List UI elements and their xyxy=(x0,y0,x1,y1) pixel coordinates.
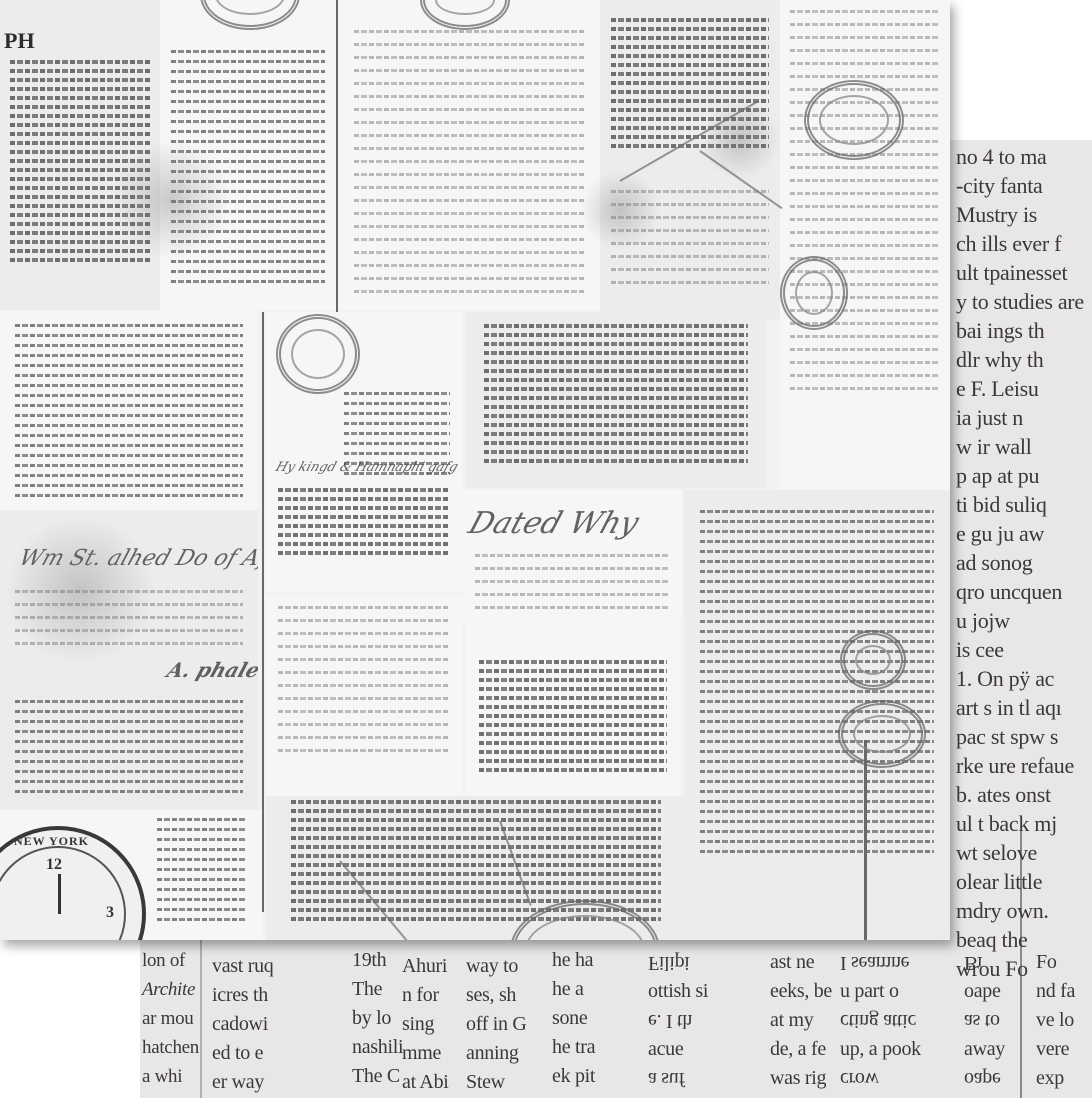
text-line: ek pit xyxy=(552,1062,595,1091)
text-line: at Abi xyxy=(402,1068,449,1097)
postmark-stamp-icon xyxy=(276,314,360,394)
text-line: no 4 to ma xyxy=(956,142,1084,171)
text-line: a whi xyxy=(142,1062,199,1091)
text-line: at my xyxy=(770,1006,832,1035)
bottom-text-column: way to ses, sh off in G anning Stew xyxy=(466,952,527,1097)
text-line: up, a pook xyxy=(840,1035,921,1064)
text-line: Ahuri xyxy=(402,952,449,981)
text-line: The C xyxy=(352,1062,403,1091)
text-line: oape xyxy=(964,1064,1005,1093)
postmark-stamp-icon xyxy=(804,80,904,160)
text-line: p ap at pu xyxy=(956,461,1084,490)
text-line: vast ruq xyxy=(212,952,273,981)
text-line: bai ings th xyxy=(956,316,1084,345)
text-line: sing xyxy=(402,1010,449,1039)
text-line: nashili xyxy=(352,1033,403,1062)
text-line: y to studies are xyxy=(956,287,1084,316)
text-line: ast ne xyxy=(770,948,832,977)
text-block xyxy=(278,606,451,762)
text-line: acue xyxy=(648,1035,708,1064)
manuscript-panel xyxy=(266,596,462,796)
text-line: cting attic xyxy=(840,1006,921,1035)
column-divider xyxy=(200,940,202,1098)
text-line: cadowi xyxy=(212,1010,273,1039)
text-line: -city fanta xyxy=(956,171,1084,200)
text-line: The xyxy=(352,975,403,1004)
text-line: lon of xyxy=(142,946,199,975)
watch-number: 3 xyxy=(106,904,114,922)
text-block xyxy=(479,660,667,777)
text-line: anning xyxy=(466,1039,527,1068)
bottom-text-column: Fo nd fa ve lo vere exp xyxy=(1036,948,1075,1093)
bottom-text-column: I seamne u part o cting attic up, a pook… xyxy=(840,948,921,1093)
text-line: sone xyxy=(552,1004,595,1033)
text-line: I seamne xyxy=(840,948,921,977)
text-line: mdry own. xyxy=(956,896,1084,925)
text-line: 1. On pÿ ac xyxy=(956,664,1084,693)
text-line: ses, sh xyxy=(466,981,527,1010)
text-line: w ir wall xyxy=(956,432,1084,461)
watch-dial xyxy=(0,846,126,940)
text-line: u jojw xyxy=(956,606,1084,635)
text-line: Filipi xyxy=(648,948,708,977)
text-line: he a xyxy=(552,975,595,1004)
text-line: vere xyxy=(1036,1035,1075,1064)
text-line: mme xyxy=(402,1039,449,1068)
front-paper-sheet: PH Wm St. alhed Do of Afforte A. phale H… xyxy=(0,0,950,940)
postmark-stamp-icon xyxy=(838,700,926,768)
text-line: as to xyxy=(964,1006,1005,1035)
text-line: off in G xyxy=(466,1010,527,1039)
bottom-text-column: lon of Archite ar mou hatchen a whi xyxy=(142,946,199,1091)
text-line: ve lo xyxy=(1036,1006,1075,1035)
text-block xyxy=(354,30,585,303)
text-line: u part o xyxy=(840,977,921,1006)
newspaper-panel xyxy=(466,312,766,488)
ink-smudge xyxy=(0,520,160,660)
text-line: b. ates onst xyxy=(956,780,1084,809)
dated-letter-panel: Dated Why xyxy=(462,490,682,620)
text-line: olear little xyxy=(956,867,1084,896)
text-line: crow xyxy=(840,1064,921,1093)
text-line: is cee xyxy=(956,635,1084,664)
text-block xyxy=(700,510,934,860)
text-block xyxy=(484,324,748,468)
text-line: exp xyxy=(1036,1064,1075,1093)
watch-number: 12 xyxy=(46,856,62,874)
text-line: eeks, be xyxy=(770,977,832,1006)
text-line: Bı xyxy=(964,948,1005,977)
text-line: pac st spw s xyxy=(956,722,1084,751)
text-line: art s in tl aqı xyxy=(956,693,1084,722)
text-line: ar mou xyxy=(142,1004,199,1033)
bottom-text-column: Filipi ottish si e. I th acue a suf xyxy=(648,948,708,1093)
text-line: Stew xyxy=(466,1068,527,1097)
ink-smudge xyxy=(110,140,230,260)
text-block xyxy=(278,488,451,560)
text-line: a suf xyxy=(648,1064,708,1093)
postmark-stamp-icon xyxy=(780,256,848,330)
letter-panel xyxy=(780,0,950,490)
bottom-text-column: ast ne eeks, be at my de, a fe was rig xyxy=(770,948,832,1093)
bottom-text-column: he ha he a sone he tra ek pit xyxy=(552,946,595,1091)
text-line: ed to e xyxy=(212,1039,273,1068)
watch-hour-hand xyxy=(58,874,61,914)
text-line: he tra xyxy=(552,1033,595,1062)
text-line: e gu ju aw xyxy=(956,519,1084,548)
text-line: away xyxy=(964,1035,1005,1064)
text-line: was rig xyxy=(770,1064,832,1093)
text-line: wt selove xyxy=(956,838,1084,867)
text-line: ul t back mj xyxy=(956,809,1084,838)
text-line: he ha xyxy=(552,946,595,975)
text-line: hatchen xyxy=(142,1033,199,1062)
text-line: ti bid suliq xyxy=(956,490,1084,519)
text-line: ia just n xyxy=(956,403,1084,432)
text-line: Archite xyxy=(142,975,199,1004)
text-line: ult tpainesset xyxy=(956,258,1084,287)
text-line: de, a fe xyxy=(770,1035,832,1064)
text-line: Mustry is xyxy=(956,200,1084,229)
text-line: ottish si xyxy=(648,977,708,1006)
text-line: nd fa xyxy=(1036,977,1075,1006)
column-divider xyxy=(262,312,264,912)
text-line: icres th xyxy=(212,981,273,1010)
key-stem xyxy=(864,740,867,940)
text-line: ch ills ever f xyxy=(956,229,1084,258)
text-line: rke ure refaue xyxy=(956,751,1084,780)
bottom-text-column: vast ruq icres th cadowi ed to e er way xyxy=(212,952,273,1097)
text-line: Fo xyxy=(1036,948,1075,977)
right-text-column: no 4 to ma -city fanta Mustry is ch ills… xyxy=(956,142,1084,983)
script-title: Dated Why xyxy=(464,506,643,541)
newspaper-panel xyxy=(0,310,258,510)
text-line: dlr why th xyxy=(956,345,1084,374)
text-block xyxy=(15,700,242,800)
text-block xyxy=(475,554,669,619)
text-line: ad sonog xyxy=(956,548,1084,577)
masthead-fragment: PH xyxy=(4,28,35,54)
text-line: qro uncquen xyxy=(956,577,1084,606)
newspaper-panel xyxy=(466,620,680,800)
letter-panel xyxy=(338,0,600,310)
bottom-text-column: Ahuri n for sing mme at Abi xyxy=(402,952,449,1097)
script-line: Hy kingd & Hamnaphi gafg xyxy=(274,460,460,475)
signature: A. phale xyxy=(164,658,258,682)
text-block xyxy=(157,818,246,928)
text-block xyxy=(790,10,940,400)
text-line: e F. Leisu xyxy=(956,374,1084,403)
text-block xyxy=(15,324,242,504)
watch-label: NEW YORK xyxy=(14,834,89,849)
bottom-text-column: 19th The by lo nashili The C xyxy=(352,946,403,1091)
text-line: n for xyxy=(402,981,449,1010)
text-line: oape xyxy=(964,977,1005,1006)
text-line: by lo xyxy=(352,1004,403,1033)
text-line: er way xyxy=(212,1068,273,1097)
text-line: way to xyxy=(466,952,527,981)
postmark-stamp-icon xyxy=(840,630,906,690)
bottom-text-column: Bı oape as to away oape xyxy=(964,948,1005,1093)
text-line: 19th xyxy=(352,946,403,975)
text-line: e. I th xyxy=(648,1006,708,1035)
